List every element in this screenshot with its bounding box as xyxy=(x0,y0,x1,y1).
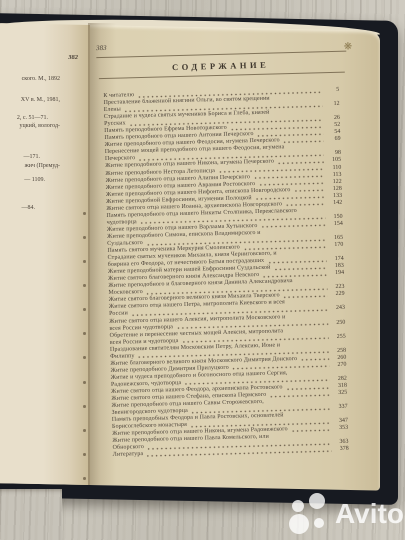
toc-dot-leader xyxy=(284,140,324,143)
left-page-fragment: —171. xyxy=(0,153,60,161)
left-page-fragment: жич (Премуд- xyxy=(0,162,60,170)
toc-page-number: 378 xyxy=(335,446,349,453)
left-page-fragment: ского. М., 1892 xyxy=(0,75,60,83)
toc-page-number: 243 xyxy=(331,305,345,312)
book-listing-photo: 382 ского. М., 1892XV в. М., 1981,2, с. … xyxy=(0,0,405,540)
toc-page-number: 250 xyxy=(331,319,345,326)
floral-ornament-icon: ❋ xyxy=(344,42,353,52)
toc-page-number: 255 xyxy=(332,333,346,340)
toc-page-number: 325 xyxy=(333,390,347,397)
left-page-fragments: ского. М., 1892XV в. М., 1981,2, с. 51—7… xyxy=(0,75,60,212)
toc-dot-leader xyxy=(286,204,325,207)
left-page-fragment: уцкий, вологод- xyxy=(0,122,60,130)
toc-page-number: 12 xyxy=(326,101,340,108)
toc-dot-leader xyxy=(295,189,325,192)
table-surface-patch xyxy=(0,489,62,540)
contents-title: СОДЕРЖАНИЕ xyxy=(103,58,339,74)
toc-page-number: 337 xyxy=(334,404,348,411)
left-page-fragment: 2, с. 51—71. xyxy=(0,114,60,122)
left-page-number: 382 xyxy=(0,54,78,62)
toc-page-number: 69 xyxy=(326,136,340,143)
toc-page-number: 270 xyxy=(332,362,346,369)
toc-page-number: 5 xyxy=(325,87,339,94)
right-page-content: ❋ 383 СОДЕРЖАНИЕ К читателю5Преставление… xyxy=(102,38,349,459)
left-page-fragment: — 1109. xyxy=(0,176,60,184)
toc-page-number: 353 xyxy=(334,425,348,432)
avito-logo-icon xyxy=(288,492,332,536)
toc-page-number: 170 xyxy=(329,242,343,249)
left-page-fragment: XV в. М., 1981, xyxy=(0,96,60,104)
toc-page-number: 142 xyxy=(328,200,342,207)
toc-page-number: 194 xyxy=(330,270,344,277)
left-page-content: 382 ского. М., 1892XV в. М., 1981,2, с. … xyxy=(0,54,60,212)
header-rule-top xyxy=(96,51,346,59)
toc-page-number: 229 xyxy=(331,291,345,298)
watermark-text: Avito xyxy=(335,492,404,536)
avito-watermark: Avito xyxy=(288,492,404,536)
toc-dot-leader xyxy=(292,429,331,432)
left-page-fragment: —84. xyxy=(0,204,60,212)
stitch-dots xyxy=(83,212,87,480)
toc-dot-leader xyxy=(301,358,329,361)
toc-page-number: 154 xyxy=(329,221,343,228)
toc-list: К читателю5Преставление блаженной княгин… xyxy=(103,87,349,459)
